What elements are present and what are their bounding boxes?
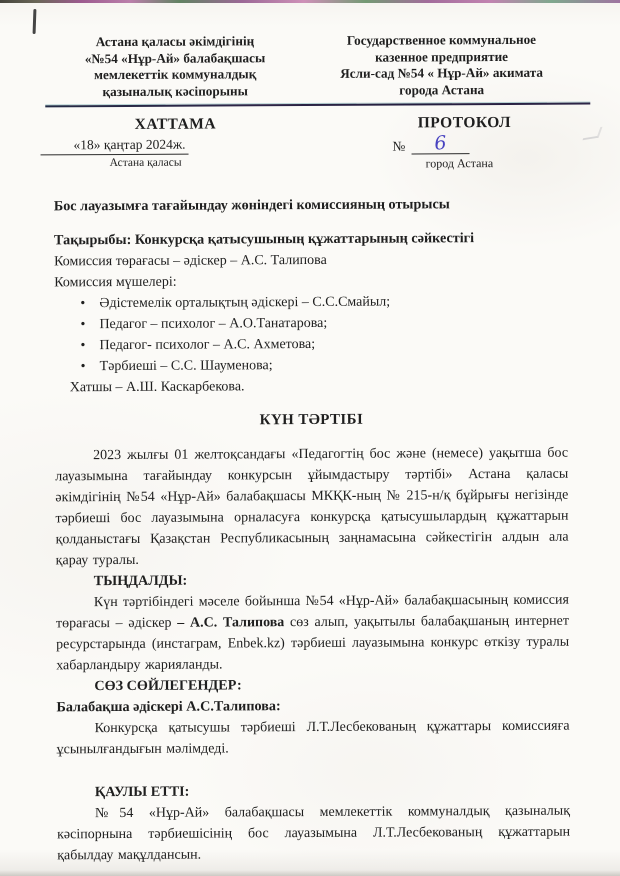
place-russian: город Астана	[426, 156, 567, 172]
secretary-line: Хатшы – А.Ш. Каскарбекова.	[55, 375, 568, 399]
org-kk-line: қазыналық кәсіпорыны	[53, 83, 297, 101]
agenda-paragraph: 2023 жылғы 01 желтоқсандағы «Педагогтің …	[55, 443, 569, 572]
org-ru-line: Государственное коммунальное	[317, 32, 566, 50]
protocol-date: «18» қаңтар 2024ж.	[40, 137, 188, 156]
scan-bottom-shadow	[0, 870, 620, 876]
heard-label: ТЫҢДАЛДЫ:	[56, 569, 569, 593]
commission-members-label: Комиссия мүшелері:	[54, 270, 567, 294]
resolution-paragraph: №54 «Нұр-Ай» балабақшасы мемлекеттік ком…	[57, 801, 570, 867]
org-ru-line: Ясли-сад №54 « Нұр-Ай» акимата	[317, 65, 566, 83]
org-ru-line: казенное предприятие	[317, 48, 566, 66]
commission-chair: Комиссия төрағасы – әдіскер – А.С. Талип…	[54, 249, 567, 273]
speeches-label: СӨЗ СӨЙЛЕГЕНДЕР:	[56, 674, 569, 698]
document-content: Астана қаласы әкімдігінің «№54 «Нұр-Ай» …	[0, 0, 620, 867]
letterhead: Астана қаласы әкімдігінің «№54 «Нұр-Ай» …	[53, 32, 566, 101]
heard-speaker-name: – А.С. Талипова	[177, 615, 284, 631]
commission-member: Әдістемелік орталықтың әдіскері – С.С.См…	[74, 291, 567, 315]
title-row: ХАТТАМА ПРОТОКОЛ	[53, 114, 566, 135]
header-divider	[45, 103, 590, 108]
number-label: №	[392, 138, 405, 153]
speaker-name-line: Балабақша әдіскері А.С.Талипова:	[56, 695, 569, 719]
scanned-page: Астана қаласы әкімдігінің «№54 «Нұр-Ай» …	[0, 0, 620, 876]
topic-line: Тақырыбы: Конкурсқа қатысушының құжаттар…	[54, 228, 567, 252]
meta-row: «18» қаңтар 2024ж. Астана қаласы №6 горо…	[53, 135, 566, 174]
org-name-kazakh: Астана қаласы әкімдігінің «№54 «Нұр-Ай» …	[53, 33, 297, 100]
date-block: «18» қаңтар 2024ж. Астана қаласы	[53, 136, 297, 173]
meeting-title: Бос лауазымға тағайындау жөніндегі комис…	[54, 194, 567, 218]
org-kk-line: мемлекеттік коммуналдық	[53, 66, 297, 84]
org-kk-line: Астана қаласы әкімдігінің	[53, 33, 297, 51]
speech-paragraph: Конкурсқа қатысушы тәрбиеші Л.Т.Лесбеков…	[56, 716, 569, 761]
document-body: Бос лауазымға тағайындау жөніндегі комис…	[54, 194, 571, 867]
place-kazakh: Астана қаласы	[110, 156, 298, 169]
number-block: №6 город Астана	[317, 135, 566, 172]
doc-title-russian: ПРОТОКОЛ	[317, 114, 566, 133]
agenda-heading: КҮН ТӘРТІБІ	[55, 409, 568, 433]
resolution-label: ҚАУЛЫ ЕТТІ:	[57, 780, 570, 804]
heard-paragraph: Күн тәртібіндегі мәселе бойынша №54 «Нұр…	[56, 590, 569, 677]
commission-member: Педагог- психолог – А.С. Ахметова;	[74, 333, 567, 357]
org-ru-line: города Астана	[317, 81, 566, 99]
org-name-russian: Государственное коммунальное казенное пр…	[317, 32, 566, 99]
number-field: 6	[411, 135, 469, 154]
commission-member: Педагог – психолог – А.О.Танатарова;	[74, 312, 567, 336]
commission-member: Тәрбиеші – С.С. Шауменова;	[75, 354, 568, 378]
commission-members-list: Әдістемелік орталықтың әдіскері – С.С.См…	[54, 291, 567, 378]
handwritten-protocol-number: 6	[434, 135, 447, 153]
doc-title-kazakh: ХАТТАМА	[53, 115, 297, 134]
org-kk-line: «№54 «Нұр-Ай» балабақшасы	[53, 50, 297, 68]
